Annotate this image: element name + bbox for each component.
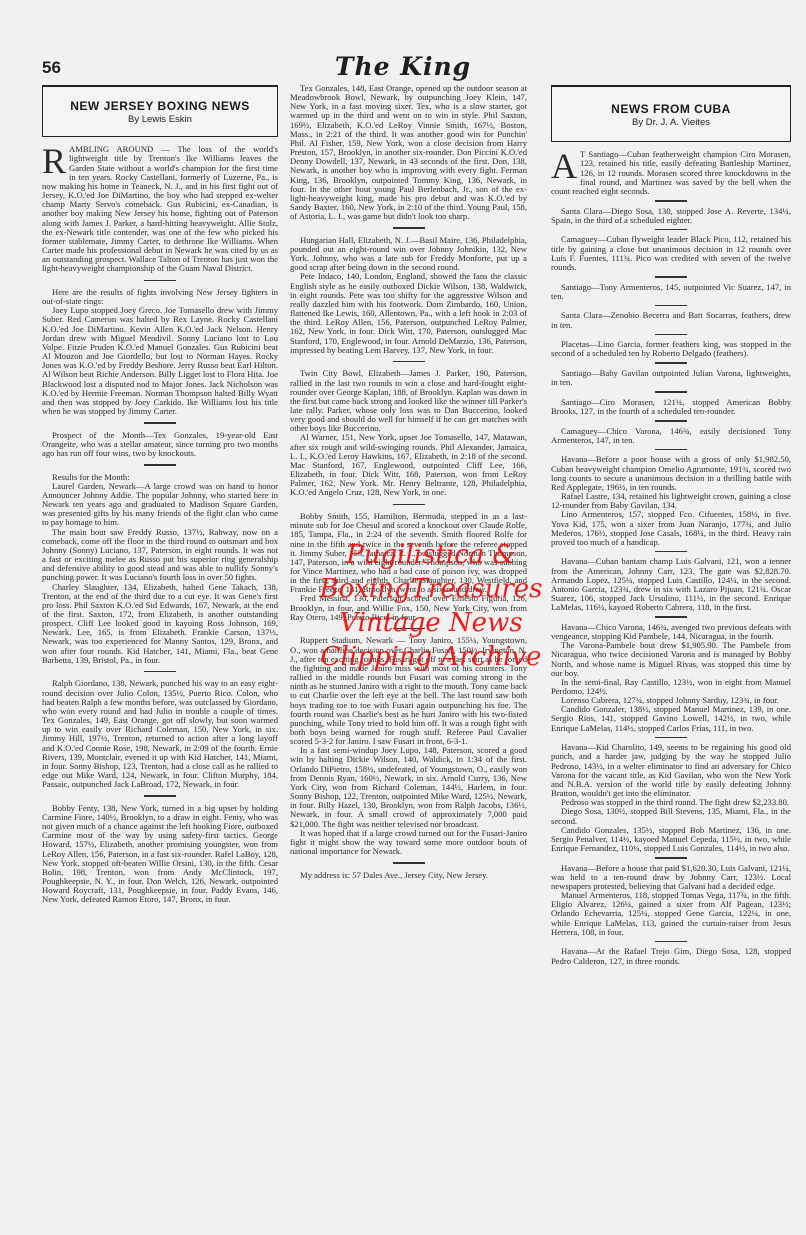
- article-paragraph: Here are the results of fights involving…: [42, 288, 278, 306]
- magazine-title: The King: [0, 52, 806, 81]
- article-paragraph: Havana—At the Rafael Trejo Gim, Diego So…: [551, 947, 791, 965]
- divider: [393, 361, 425, 363]
- divider: [655, 276, 687, 278]
- article-paragraph: Hungarian Hall, Elizabeth, N. J.—Basil M…: [290, 236, 527, 273]
- divider: [655, 551, 687, 553]
- article-paragraph: Havana—Cuban bantam champ Luis Galvani, …: [551, 557, 791, 612]
- divider: [655, 616, 687, 618]
- article-paragraph: Bobby Smith, 155, Hamilton, Bermuda, ste…: [290, 512, 527, 594]
- divider: [393, 504, 425, 506]
- cuba-column-byline: By Dr. J. A. Vieites: [556, 118, 786, 127]
- nj-boxing-news-column: NEW JERSEY BOXING NEWS By Lewis Eskin RA…: [42, 85, 278, 905]
- article-paragraph: Pete Indaco, 140, London, England, showe…: [290, 272, 527, 354]
- divider: [655, 420, 687, 422]
- article-paragraph: Tex Gonzales, 148, East Orange, opened u…: [290, 84, 527, 221]
- article-paragraph: Santa Clara—Zenobio Becerra and Batt Soc…: [551, 311, 791, 329]
- cuba-column-header: NEWS FROM CUBA By Dr. J. A. Vieites: [551, 85, 791, 142]
- article-paragraph: Ralph Giordano, 138, Newark, punched his…: [42, 679, 278, 789]
- article-paragraph: The Varona-Pambele bout drew $1,905.90. …: [551, 641, 791, 678]
- divider: [144, 464, 176, 466]
- divider: [655, 737, 687, 739]
- divider: [655, 391, 687, 393]
- drop-cap: R: [42, 146, 66, 176]
- article-paragraph: Camaguey—Cuban flyweight leader Black Pi…: [551, 235, 791, 272]
- article-paragraph: Prospect of the Month—Tex Gonzales, 19-y…: [42, 431, 278, 458]
- divider: [655, 229, 687, 231]
- nj-continued-column: Tex Gonzales, 148, East Orange, opened u…: [290, 84, 527, 880]
- article-paragraph: Santa Clara—Diego Sosa, 130, stopped Jos…: [551, 207, 791, 225]
- divider: [144, 795, 176, 797]
- divider: [144, 422, 176, 424]
- article-paragraph: Lino Armenteros, 157, stopped Fco. Cifue…: [551, 510, 791, 547]
- article-paragraph: Santiago—Tony Armenteros, 145, outpointe…: [551, 283, 791, 301]
- article-paragraph: Havana—Before a poor house with a gross …: [551, 455, 791, 492]
- drop-cap: A: [551, 151, 577, 181]
- article-paragraph: Laurel Garden, Newark—A large crowd was …: [42, 482, 278, 528]
- divider: [655, 857, 687, 859]
- divider: [393, 628, 425, 630]
- article-paragraph: Manuel Armenteros, 118, stopped Tomas Ve…: [551, 891, 791, 937]
- article-paragraph: Placetas—Lino Garcia, former feathers ki…: [551, 340, 791, 358]
- article-paragraph: In a fast semi-windup Joey Lupo, 148, Pa…: [290, 746, 527, 828]
- nj-column-header: NEW JERSEY BOXING NEWS By Lewis Eskin: [42, 85, 278, 137]
- article-paragraph: Candido Gonzales, 135½, stopped Bob Mart…: [551, 826, 791, 853]
- divider: [655, 362, 687, 364]
- article-paragraph: Joey Lupo stopped Joey Greco. Joe Tomase…: [42, 306, 278, 416]
- divider: [144, 280, 176, 282]
- divider: [655, 449, 687, 451]
- article-paragraph: The main bout saw Freddy Russo, 137½, Ra…: [42, 528, 278, 583]
- article-paragraph: Charley Slaughter, 134, Elizabeth, halte…: [42, 583, 278, 665]
- divider: [655, 200, 687, 202]
- article-paragraph: Bobby Fenty, 138, New York, turned in a …: [42, 804, 278, 905]
- article-paragraph: Fred Messina, 130, Paterson, scored over…: [290, 594, 527, 621]
- article-paragraph: Camaguey—Chico Varona, 146¾, easily deci…: [551, 427, 791, 445]
- article-paragraph: AT Santiago—Cuban featherweight champion…: [551, 150, 791, 196]
- article-paragraph: Ruppert Stadium, Newark — Tony Janiro, 1…: [290, 636, 527, 746]
- article-paragraph: RAMBLING AROUND — The loss of the world'…: [42, 145, 278, 273]
- author-address: My address is: 57 Dales Ave., Jersey Cit…: [290, 871, 527, 880]
- article-paragraph: It was hoped that if a large crowd turne…: [290, 829, 527, 856]
- article-paragraph: Twin City Bowl, Elizabeth—James J. Parke…: [290, 369, 527, 433]
- article-paragraph: Candido Gonzaler, 138½, stopped Manuel M…: [551, 705, 791, 732]
- article-paragraph: Santiago—Ciro Morasen, 121¾, stopped Ame…: [551, 398, 791, 416]
- article-paragraph: Rafael Lastre, 134, retained his lightwe…: [551, 492, 791, 510]
- article-paragraph: In the semi-final, Ray Castillo, 123½, w…: [551, 678, 791, 696]
- divider: [655, 305, 687, 307]
- divider: [393, 227, 425, 229]
- nj-column-byline: By Lewis Eskin: [47, 115, 273, 124]
- nj-column-title: NEW JERSEY BOXING NEWS: [47, 102, 273, 111]
- divider: [393, 862, 425, 864]
- article-paragraph: Diego Sosa, 130½, stopped Bill Stevens, …: [551, 807, 791, 825]
- cuba-column-title: NEWS FROM CUBA: [556, 105, 786, 114]
- divider: [144, 671, 176, 673]
- article-paragraph: Al Warner, 151, New York, upset Joe Toma…: [290, 433, 527, 497]
- divider: [655, 941, 687, 943]
- cuba-news-column: NEWS FROM CUBA By Dr. J. A. Vieites AT S…: [551, 85, 791, 966]
- divider: [655, 334, 687, 336]
- article-paragraph: Santiago—Baby Gavilan outpointed Julian …: [551, 369, 791, 387]
- article-paragraph: Havana—Kid Charolito, 149, seems to be r…: [551, 743, 791, 798]
- article-paragraph: Havana—Before a house that paid $1,620.3…: [551, 864, 791, 891]
- article-paragraph: Havana—Chico Varona, 146¾, avenged two p…: [551, 623, 791, 641]
